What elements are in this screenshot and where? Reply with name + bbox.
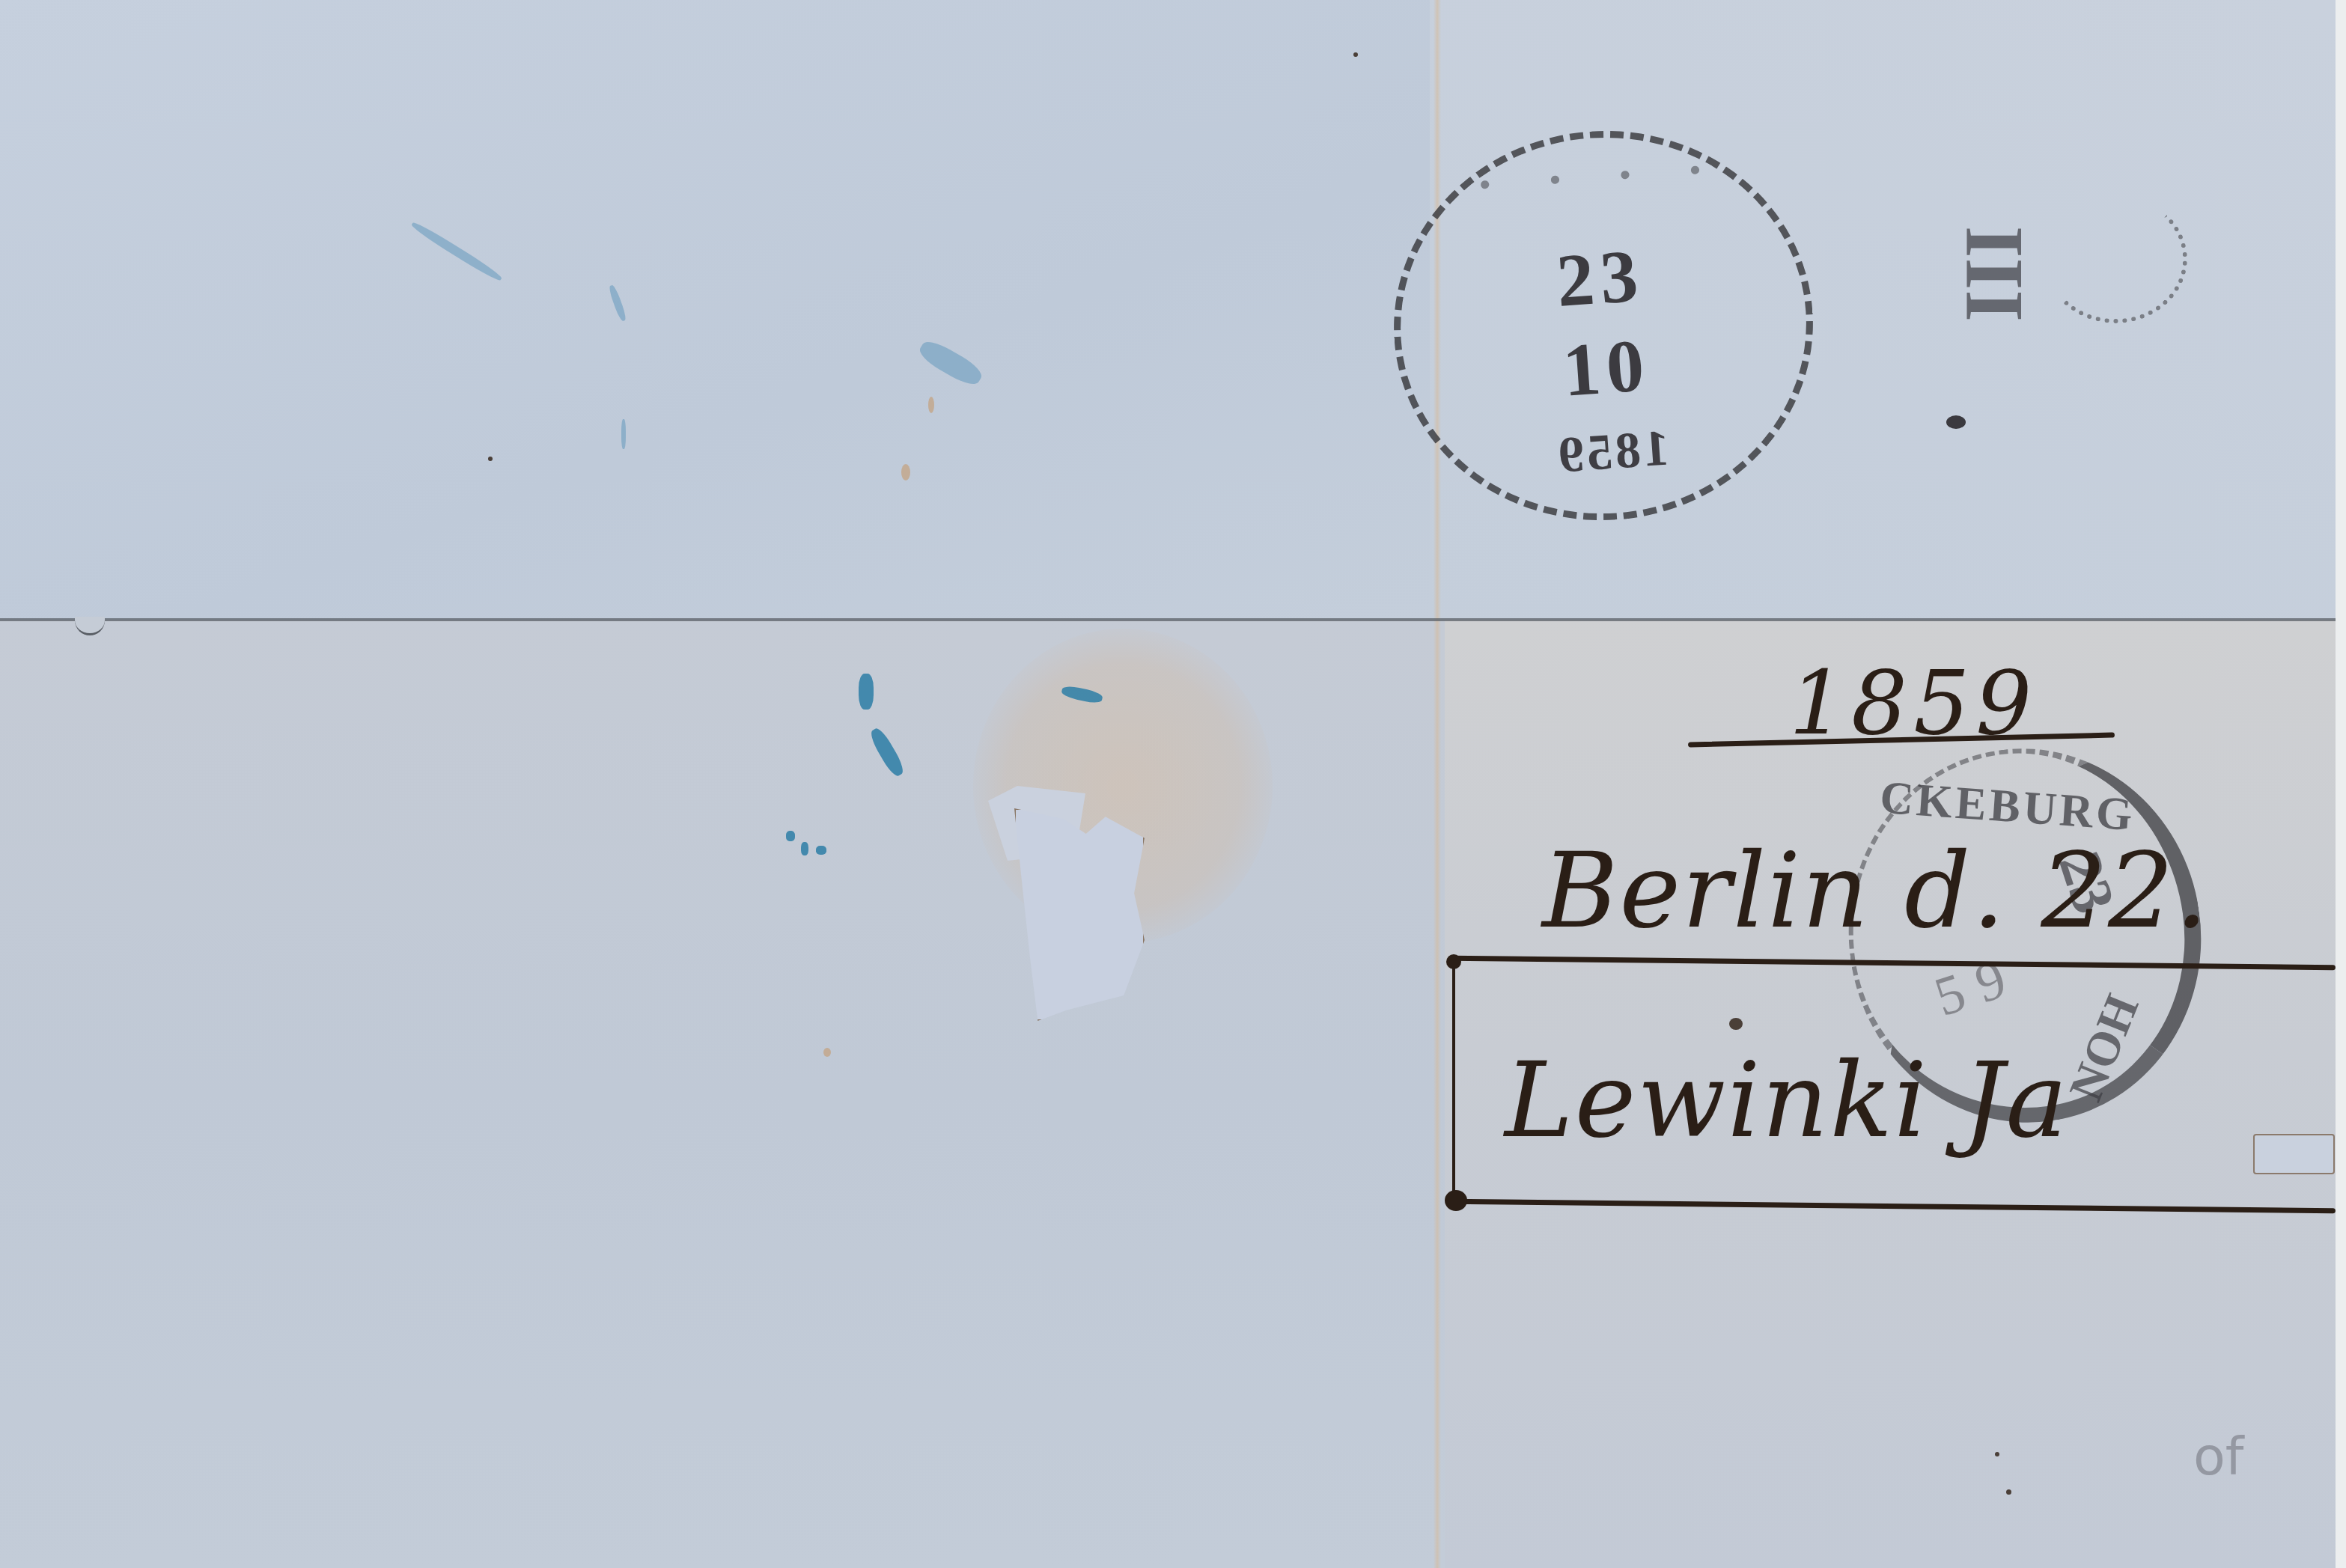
ink-corner-blot	[1445, 1190, 1467, 1211]
foxing-spot	[823, 1048, 831, 1057]
blue-crayon-stroke	[621, 419, 626, 449]
ink-blot	[1729, 1018, 1743, 1030]
letter-sheet: · · · · 23 10 1859 III CKEBURG 23 59 NOH…	[0, 0, 2336, 1568]
foxing-spot	[928, 397, 934, 413]
scan-edge	[2336, 0, 2346, 1568]
pencil-note: of	[2193, 1426, 2243, 1487]
paper-speck	[2006, 1489, 2011, 1495]
blue-crayon-dot	[816, 846, 826, 855]
blue-crayon-dot	[801, 842, 808, 855]
docket-line-2: Lewinki Ja	[1505, 1040, 2069, 1161]
partial-postmark-arc	[2044, 195, 2187, 323]
paper-tear-right	[2253, 1134, 2335, 1174]
paper-speck	[1353, 52, 1358, 57]
paper-speck	[1995, 1452, 1999, 1456]
paper-speck	[488, 457, 493, 461]
fold-panel-top-left	[0, 0, 1430, 620]
blue-crayon-mark	[859, 674, 874, 710]
horizontal-flap-edge	[0, 618, 2336, 621]
partial-roman-numeral-mark: III	[1946, 226, 2041, 322]
postmark-ink-dot	[1946, 415, 1966, 429]
docket-line-1: Berlin d. 22.	[1542, 831, 2210, 951]
foxing-spot	[901, 464, 910, 481]
docket-vertical-rule	[1452, 958, 1455, 1205]
blue-crayon-dot	[786, 831, 795, 841]
postmark-year: 59	[1927, 943, 2028, 1030]
